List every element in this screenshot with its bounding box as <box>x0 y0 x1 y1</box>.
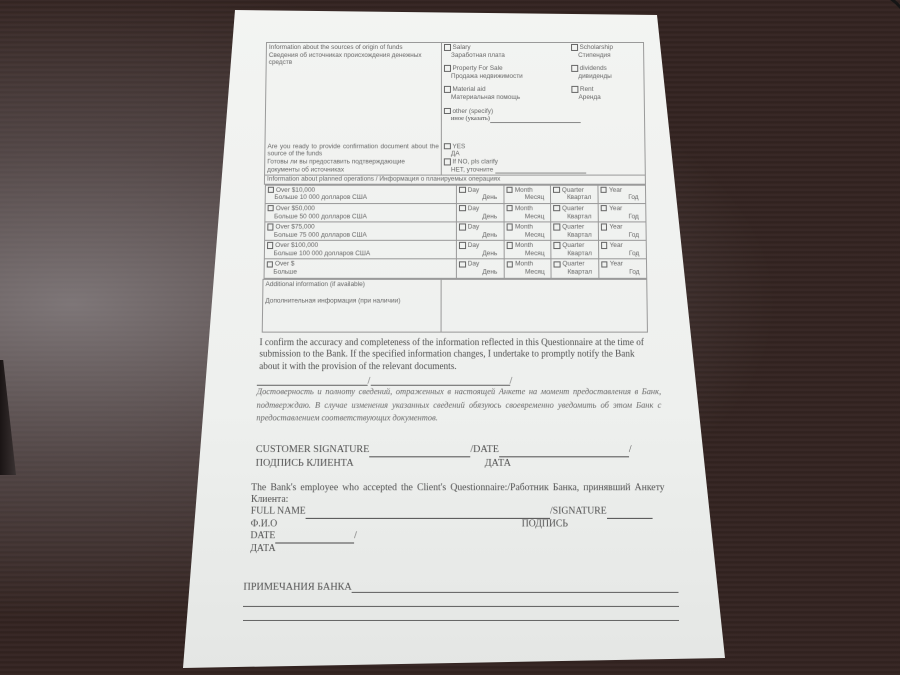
declaration-en: I confirm the accuracy and completeness … <box>259 336 653 372</box>
option-scholarship[interactable]: ScholarshipСтипендия <box>571 44 641 59</box>
checkbox[interactable] <box>459 261 466 268</box>
option-no[interactable]: If NO, pls clarifyНЕТ, уточните <box>444 158 643 173</box>
checkbox[interactable] <box>266 261 273 268</box>
employee-block: The Bank's employee who accepted the Cli… <box>250 483 665 556</box>
declaration-ru: Достоверность и полноту сведений, отраже… <box>256 386 661 424</box>
checkbox[interactable] <box>601 224 608 231</box>
checkbox[interactable] <box>459 242 466 249</box>
period-option[interactable]: MonthМесяц <box>504 203 551 222</box>
checkbox[interactable] <box>601 205 608 212</box>
checkbox[interactable] <box>444 108 451 115</box>
checkbox[interactable] <box>553 205 560 212</box>
sources-label-ru: Сведения об источниках происхождения ден… <box>269 52 439 67</box>
bank-notes-line[interactable] <box>243 607 679 621</box>
checkbox[interactable] <box>601 242 608 249</box>
period-option[interactable]: YearГод <box>599 259 647 278</box>
period-option[interactable]: QuarterКвартал <box>551 185 598 204</box>
operations-row: Over $БольшеDayДеньMonthМесяцQuarterКвар… <box>264 259 647 278</box>
confirmation-question: Are you ready to provide confirmation do… <box>267 143 439 174</box>
operations-row: Over $75,000Больше 75 000 долларов СШАDa… <box>264 222 646 241</box>
checkbox[interactable] <box>506 261 513 268</box>
checkbox[interactable] <box>571 86 578 93</box>
bank-notes-line[interactable] <box>352 581 679 593</box>
checkbox[interactable] <box>554 242 561 249</box>
confirmation-answers: YESДА If NO, pls clarifyНЕТ, уточните <box>444 143 643 174</box>
period-option[interactable]: DayДень <box>457 203 504 222</box>
amount-option[interactable]: Over $50,000Больше 50 000 долларов США <box>264 203 456 222</box>
checkbox[interactable] <box>571 44 578 50</box>
checkbox[interactable] <box>506 187 513 194</box>
period-option[interactable]: YearГод <box>598 185 645 204</box>
amount-option[interactable]: Over $10,000Больше 10 000 долларов США <box>265 185 457 204</box>
period-option[interactable]: YearГод <box>598 222 646 241</box>
confirmation-question-ru: Готовы ли вы предоставить подтверждающие… <box>267 158 439 173</box>
checkbox[interactable] <box>444 86 451 93</box>
confirmation-question-en: Are you ready to provide confirmation do… <box>267 143 439 158</box>
checkbox[interactable] <box>267 224 274 231</box>
checkbox[interactable] <box>600 187 607 194</box>
operations-table: Over $10,000Больше 10 000 долларов СШАDa… <box>263 184 647 278</box>
checkbox[interactable] <box>444 158 451 165</box>
declaration-signature-line[interactable]: / / <box>257 375 667 387</box>
period-option[interactable]: DayДень <box>457 222 504 241</box>
amount-option[interactable]: Over $Больше <box>264 259 457 278</box>
bank-notes: ПРИМЕЧАНИЯ БАНКА <box>243 581 679 621</box>
other-specify-field[interactable] <box>490 122 581 123</box>
customer-signature-block: CUSTOMER SIGNATURE /DATE / ПОДПИСЬ КЛИЕН… <box>256 444 669 470</box>
checkbox[interactable] <box>459 205 466 212</box>
checkbox[interactable] <box>506 242 513 249</box>
checkbox[interactable] <box>459 187 466 194</box>
period-option[interactable]: QuarterКвартал <box>551 222 598 241</box>
sources-label-cell: Information about the sources of origin … <box>265 42 442 175</box>
checkbox[interactable] <box>444 143 451 150</box>
period-option[interactable]: YearГод <box>598 203 645 222</box>
checkbox[interactable] <box>506 224 513 231</box>
operations-row: Over $10,000Больше 10 000 долларов СШАDa… <box>265 185 646 204</box>
checkbox[interactable] <box>553 187 560 194</box>
period-option[interactable]: QuarterКвартал <box>551 203 598 222</box>
employee-intro: The Bank's employee who accepted the Cli… <box>251 483 665 506</box>
period-option[interactable]: MonthМесяц <box>504 241 551 260</box>
desk-object-edge <box>0 360 16 475</box>
checkbox[interactable] <box>506 205 513 212</box>
no-clarify-field[interactable] <box>495 173 586 174</box>
questionnaire-table: Information about the sources of origin … <box>262 42 648 332</box>
option-other[interactable]: other (specify)иное (указать) <box>444 108 642 123</box>
checkbox[interactable] <box>267 242 274 249</box>
sources-label-en: Information about the sources of origin … <box>269 44 439 52</box>
employee-name-field[interactable] <box>306 506 550 519</box>
operations-header: Information about planned operations / И… <box>264 175 645 184</box>
operations-row: Over $50,000Больше 50 000 долларов СШАDa… <box>264 203 645 222</box>
period-option[interactable]: DayДень <box>457 185 504 204</box>
questionnaire-page: Information about the sources of origin … <box>253 42 670 621</box>
checkbox[interactable] <box>267 187 274 194</box>
amount-option[interactable]: Over $100,000Больше 100 000 долларов США <box>264 241 457 260</box>
period-option[interactable]: YearГод <box>598 241 646 260</box>
operations-row: Over $100,000Больше 100 000 долларов США… <box>264 241 646 260</box>
additional-info-label: Additional information (if available) До… <box>262 279 441 332</box>
additional-info-field[interactable] <box>441 279 647 332</box>
option-rent[interactable]: RentАренда <box>571 86 641 101</box>
bank-notes-label: ПРИМЕЧАНИЯ БАНКА <box>243 581 352 593</box>
bank-notes-line[interactable] <box>243 593 679 607</box>
checkbox[interactable] <box>444 44 451 50</box>
employee-date-field[interactable] <box>275 531 354 544</box>
option-yes[interactable]: YESДА <box>444 143 643 158</box>
amount-option[interactable]: Over $75,000Больше 75 000 долларов США <box>264 222 456 241</box>
customer-signature-field[interactable] <box>369 444 470 458</box>
customer-date-field[interactable] <box>499 444 629 458</box>
period-option[interactable]: DayДень <box>457 241 504 260</box>
checkbox[interactable] <box>444 65 451 71</box>
checkbox[interactable] <box>459 224 466 231</box>
period-option[interactable]: MonthМесяц <box>504 259 551 278</box>
checkbox[interactable] <box>554 224 561 231</box>
employee-signature-field[interactable] <box>607 506 653 519</box>
period-option[interactable]: QuarterКвартал <box>551 241 598 260</box>
option-salary[interactable]: SalaryЗаработная плата <box>444 44 571 59</box>
option-material-aid[interactable]: Material aidМатериальная помощь <box>444 86 572 101</box>
option-property-sale[interactable]: Property For SaleПродажа недвижимости <box>444 65 571 80</box>
checkbox[interactable] <box>571 65 578 71</box>
option-dividends[interactable]: dividendsдивиденды <box>571 65 641 80</box>
cable <box>843 0 900 50</box>
period-option[interactable]: DayДень <box>457 259 504 278</box>
checkbox[interactable] <box>267 205 274 212</box>
sources-options-cell: SalaryЗаработная плата ScholarshipСтипен… <box>441 42 645 175</box>
period-option[interactable]: MonthМесяц <box>504 222 551 241</box>
checkbox[interactable] <box>601 261 608 268</box>
checkbox[interactable] <box>554 261 561 268</box>
period-option[interactable]: MonthМесяц <box>504 185 551 204</box>
period-option[interactable]: QuarterКвартал <box>551 259 599 278</box>
